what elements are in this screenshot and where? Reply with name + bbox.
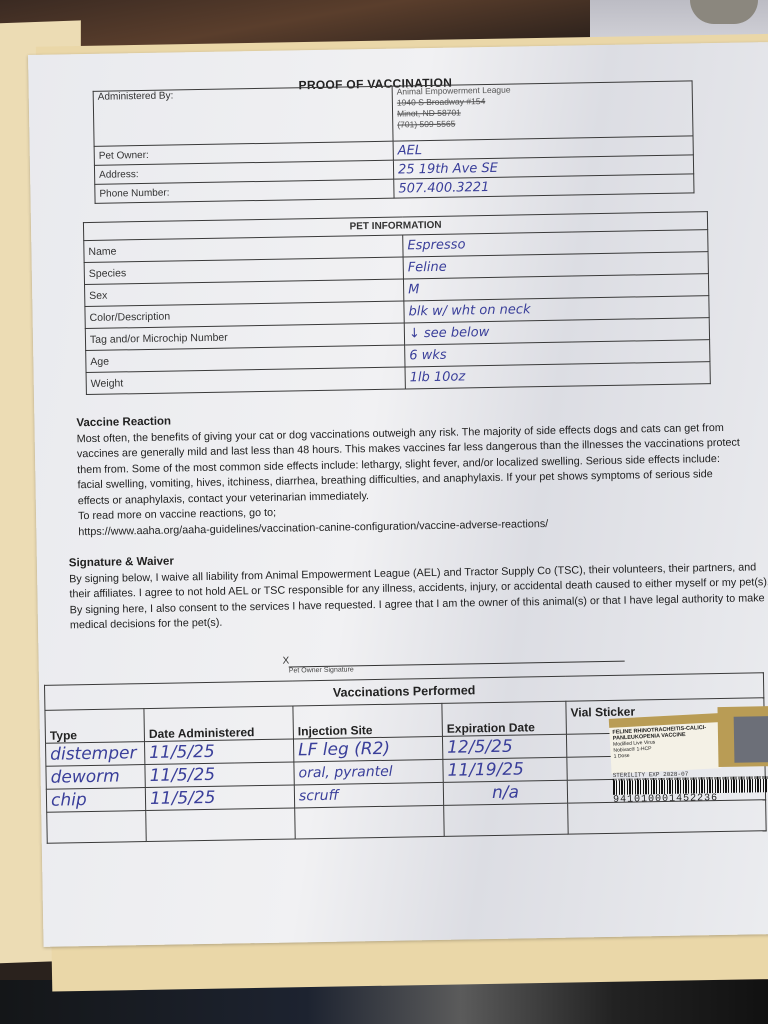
vaccine-reaction-body: Most often, the benefits of giving your … xyxy=(77,420,743,509)
vax-date xyxy=(146,808,296,842)
vax-expiration xyxy=(444,803,569,836)
vaccine-reaction-section: Vaccine Reaction Most often, the benefit… xyxy=(76,405,743,541)
barcode xyxy=(613,776,768,795)
barcode-number: 941010001452236 xyxy=(613,793,718,806)
vax-date: 11/5/25 xyxy=(145,785,294,811)
pet-information-table: PET INFORMATION Name Espresso Species Fe… xyxy=(83,211,711,395)
pet-label: Weight xyxy=(86,367,405,395)
vax-expiration: n/a xyxy=(443,780,567,805)
administrator-owner-table: Administered By: Animal Empowerment Leag… xyxy=(93,80,695,203)
signature-waiver-section: Signature & Waiver By signing below, I w… xyxy=(69,544,768,634)
vax-type: deworm xyxy=(46,765,145,790)
col-type: Type xyxy=(45,709,145,744)
administered-by-label: Administered By: xyxy=(93,86,393,146)
pet-value: 1lb 10oz xyxy=(405,362,710,389)
vax-expiration: 12/5/25 xyxy=(442,734,566,759)
vax-type: distemper xyxy=(46,742,145,767)
vax-site: scruff xyxy=(294,782,443,808)
vial-label-side xyxy=(717,706,768,767)
vaccination-form: PROOF OF VACCINATION Administered By: An… xyxy=(28,42,768,947)
vax-type xyxy=(47,811,147,844)
phone-label: Phone Number: xyxy=(95,179,394,203)
vial-lot-box xyxy=(734,716,768,763)
administered-by-value: Animal Empowerment League 1940 S Broadwa… xyxy=(392,81,693,141)
col-date-administered: Date Administered xyxy=(144,706,294,742)
signature-waiver-body: By signing below, I waive all liability … xyxy=(69,560,768,634)
signature-x-mark: X xyxy=(283,656,290,667)
phone-value: 507.400.3221 xyxy=(394,174,694,198)
vax-site: oral, pyrantel xyxy=(294,759,443,785)
vax-date: 11/5/25 xyxy=(145,739,294,765)
vial-sticker: FELINE RHINOTRACHEITIS-CALICI-PANLEUKOPE… xyxy=(610,714,768,803)
vax-site xyxy=(295,805,445,839)
vial-label: FELINE RHINOTRACHEITIS-CALICI-PANLEUKOPE… xyxy=(609,713,722,774)
col-expiration-date: Expiration Date xyxy=(442,701,567,736)
signature-block: X Pet Owner Signature xyxy=(282,645,624,675)
col-injection-site: Injection Site xyxy=(293,703,443,739)
vax-date: 11/5/25 xyxy=(145,762,294,788)
signature-label: Pet Owner Signature xyxy=(289,662,625,675)
vax-type: chip xyxy=(46,788,145,813)
vax-expiration: 11/19/25 xyxy=(443,757,567,782)
vax-site: LF leg (R2) xyxy=(293,736,442,762)
